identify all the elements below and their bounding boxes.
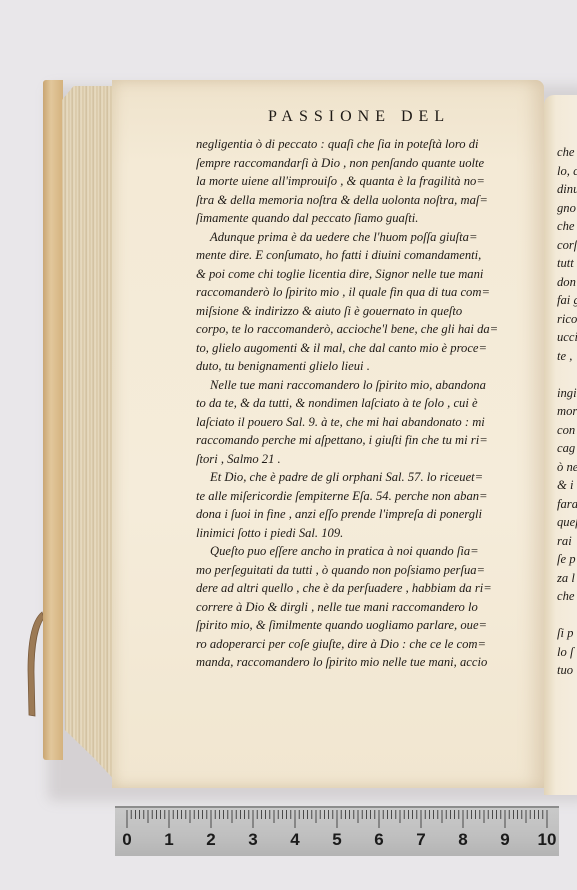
text-line: & poi come chi toglie licentia dire, Sig…	[196, 265, 518, 284]
right-page-line: za l	[557, 569, 577, 588]
right-page-line: lo ſ	[557, 643, 577, 662]
text-line: dona i ſuoi in fine , anzi eſſo prende l…	[196, 505, 518, 524]
text-line: linimici ſotto i piedi Sal. 109.	[196, 524, 518, 543]
right-page-line: mor	[557, 402, 577, 421]
ruler-label: 3	[248, 830, 257, 850]
ruler-label: 7	[416, 830, 425, 850]
text-line: Adunque prima è da uedere che l'huom poſ…	[196, 228, 518, 247]
text-line: te alle miſericordie ſempiterne Eſa. 54.…	[196, 487, 518, 506]
right-page-line: rai	[557, 532, 577, 551]
ruler-label: 10	[538, 830, 557, 850]
text-line: ſpirito mio, & ſimilmente quando uogliam…	[196, 616, 518, 635]
ribbon-bookmark	[14, 610, 44, 720]
right-page-line: ucci	[557, 328, 577, 347]
right-page-line: con	[557, 421, 577, 440]
right-page-line: gno	[557, 199, 577, 218]
right-page-line: don	[557, 273, 577, 292]
text-line: Nelle tue mani raccomandero lo ſpirito m…	[196, 376, 518, 395]
text-line: mo perſeguitati da tutti , ò quando non …	[196, 561, 518, 580]
measurement-ruler: 012345678910	[115, 806, 559, 856]
ruler-label: 0	[122, 830, 131, 850]
right-page-line	[557, 365, 577, 384]
right-page-line: che	[557, 217, 577, 236]
ruler-label: 4	[290, 830, 299, 850]
ruler-ticks	[115, 808, 559, 832]
text-line: corpo, te lo raccomanderò, accioche'l be…	[196, 320, 518, 339]
running-head: PASSIONE DEL	[268, 108, 468, 126]
text-line: raccomando perche mi aſpettano, i giuſti…	[196, 431, 518, 450]
right-page-line: ingi	[557, 384, 577, 403]
right-page-line: ò ne	[557, 458, 577, 477]
photo-scene: PASSIONE DEL negligentia ò di peccato : …	[0, 0, 577, 890]
right-page-line: lo, c	[557, 162, 577, 181]
text-line: to, glielo augomenti & il mal, che dal c…	[196, 339, 518, 358]
ruler-label: 9	[500, 830, 509, 850]
right-page-line: fara	[557, 495, 577, 514]
ruler-label: 2	[206, 830, 215, 850]
right-page-line: corſ	[557, 236, 577, 255]
text-line: correre à Dio & dirgli , nelle tue mani …	[196, 598, 518, 617]
right-page-line: ſe p	[557, 550, 577, 569]
ruler-label: 6	[374, 830, 383, 850]
text-line: la morte uiene all'improuiſo , & quanta …	[196, 172, 518, 191]
text-line: Queſto puo eſſere ancho in pratica à noi…	[196, 542, 518, 561]
right-page-line: tutt	[557, 254, 577, 273]
right-page-line: te ,	[557, 347, 577, 366]
right-page-line: & i	[557, 476, 577, 495]
text-line: to da te, & da tutti, & nondimen laſciat…	[196, 394, 518, 413]
text-line: ſtra & della memoria noſtra & della uolo…	[196, 191, 518, 210]
ruler-label: 8	[458, 830, 467, 850]
right-page-line: tuo	[557, 661, 577, 680]
text-line: duto, tu benignamenti glielo lieui .	[196, 357, 518, 376]
ruler-label: 1	[164, 830, 173, 850]
text-line: laſciato il pouero Sal. 9. à te, che mi …	[196, 413, 518, 432]
text-line: manda, raccomandero lo ſpirito mio nelle…	[196, 653, 518, 672]
right-page-line: che	[557, 143, 577, 162]
text-line: dere ad altri quello , che è da perſuade…	[196, 579, 518, 598]
text-line: raccomanderò lo ſpirito mio , il quale f…	[196, 283, 518, 302]
right-page-line: che	[557, 587, 577, 606]
page-body-text: negligentia ò di peccato : quaſi che ſia…	[196, 135, 518, 672]
text-line: negligentia ò di peccato : quaſi che ſia…	[196, 135, 518, 154]
text-line: miſsione & indirizzo & aiuto ſi è gouern…	[196, 302, 518, 321]
right-page-text: chelo, cdinugnochecorſtuttdonfai gricouc…	[557, 143, 577, 680]
right-page-line: queſ	[557, 513, 577, 532]
right-page-line	[557, 606, 577, 625]
text-line: ro adoperarci per coſe giuſte, dire à Di…	[196, 635, 518, 654]
text-line: ſempre raccomandarſi à Dio , non penſand…	[196, 154, 518, 173]
right-page-line: rico	[557, 310, 577, 329]
right-page-line: fai g	[557, 291, 577, 310]
book-binding-edge	[43, 80, 63, 760]
right-page-line: cag	[557, 439, 577, 458]
text-line: ſimamente quando dal peccato ſiamo guaſt…	[196, 209, 518, 228]
ruler-label: 5	[332, 830, 341, 850]
right-page-line: ſi p	[557, 624, 577, 643]
text-line: mente dire. E conſumato, ho fatti i diui…	[196, 246, 518, 265]
text-line: Et Dio, che è padre de gli orphani Sal. …	[196, 468, 518, 487]
text-line: ſtori , Salmo 21 .	[196, 450, 518, 469]
right-page-line: dinu	[557, 180, 577, 199]
